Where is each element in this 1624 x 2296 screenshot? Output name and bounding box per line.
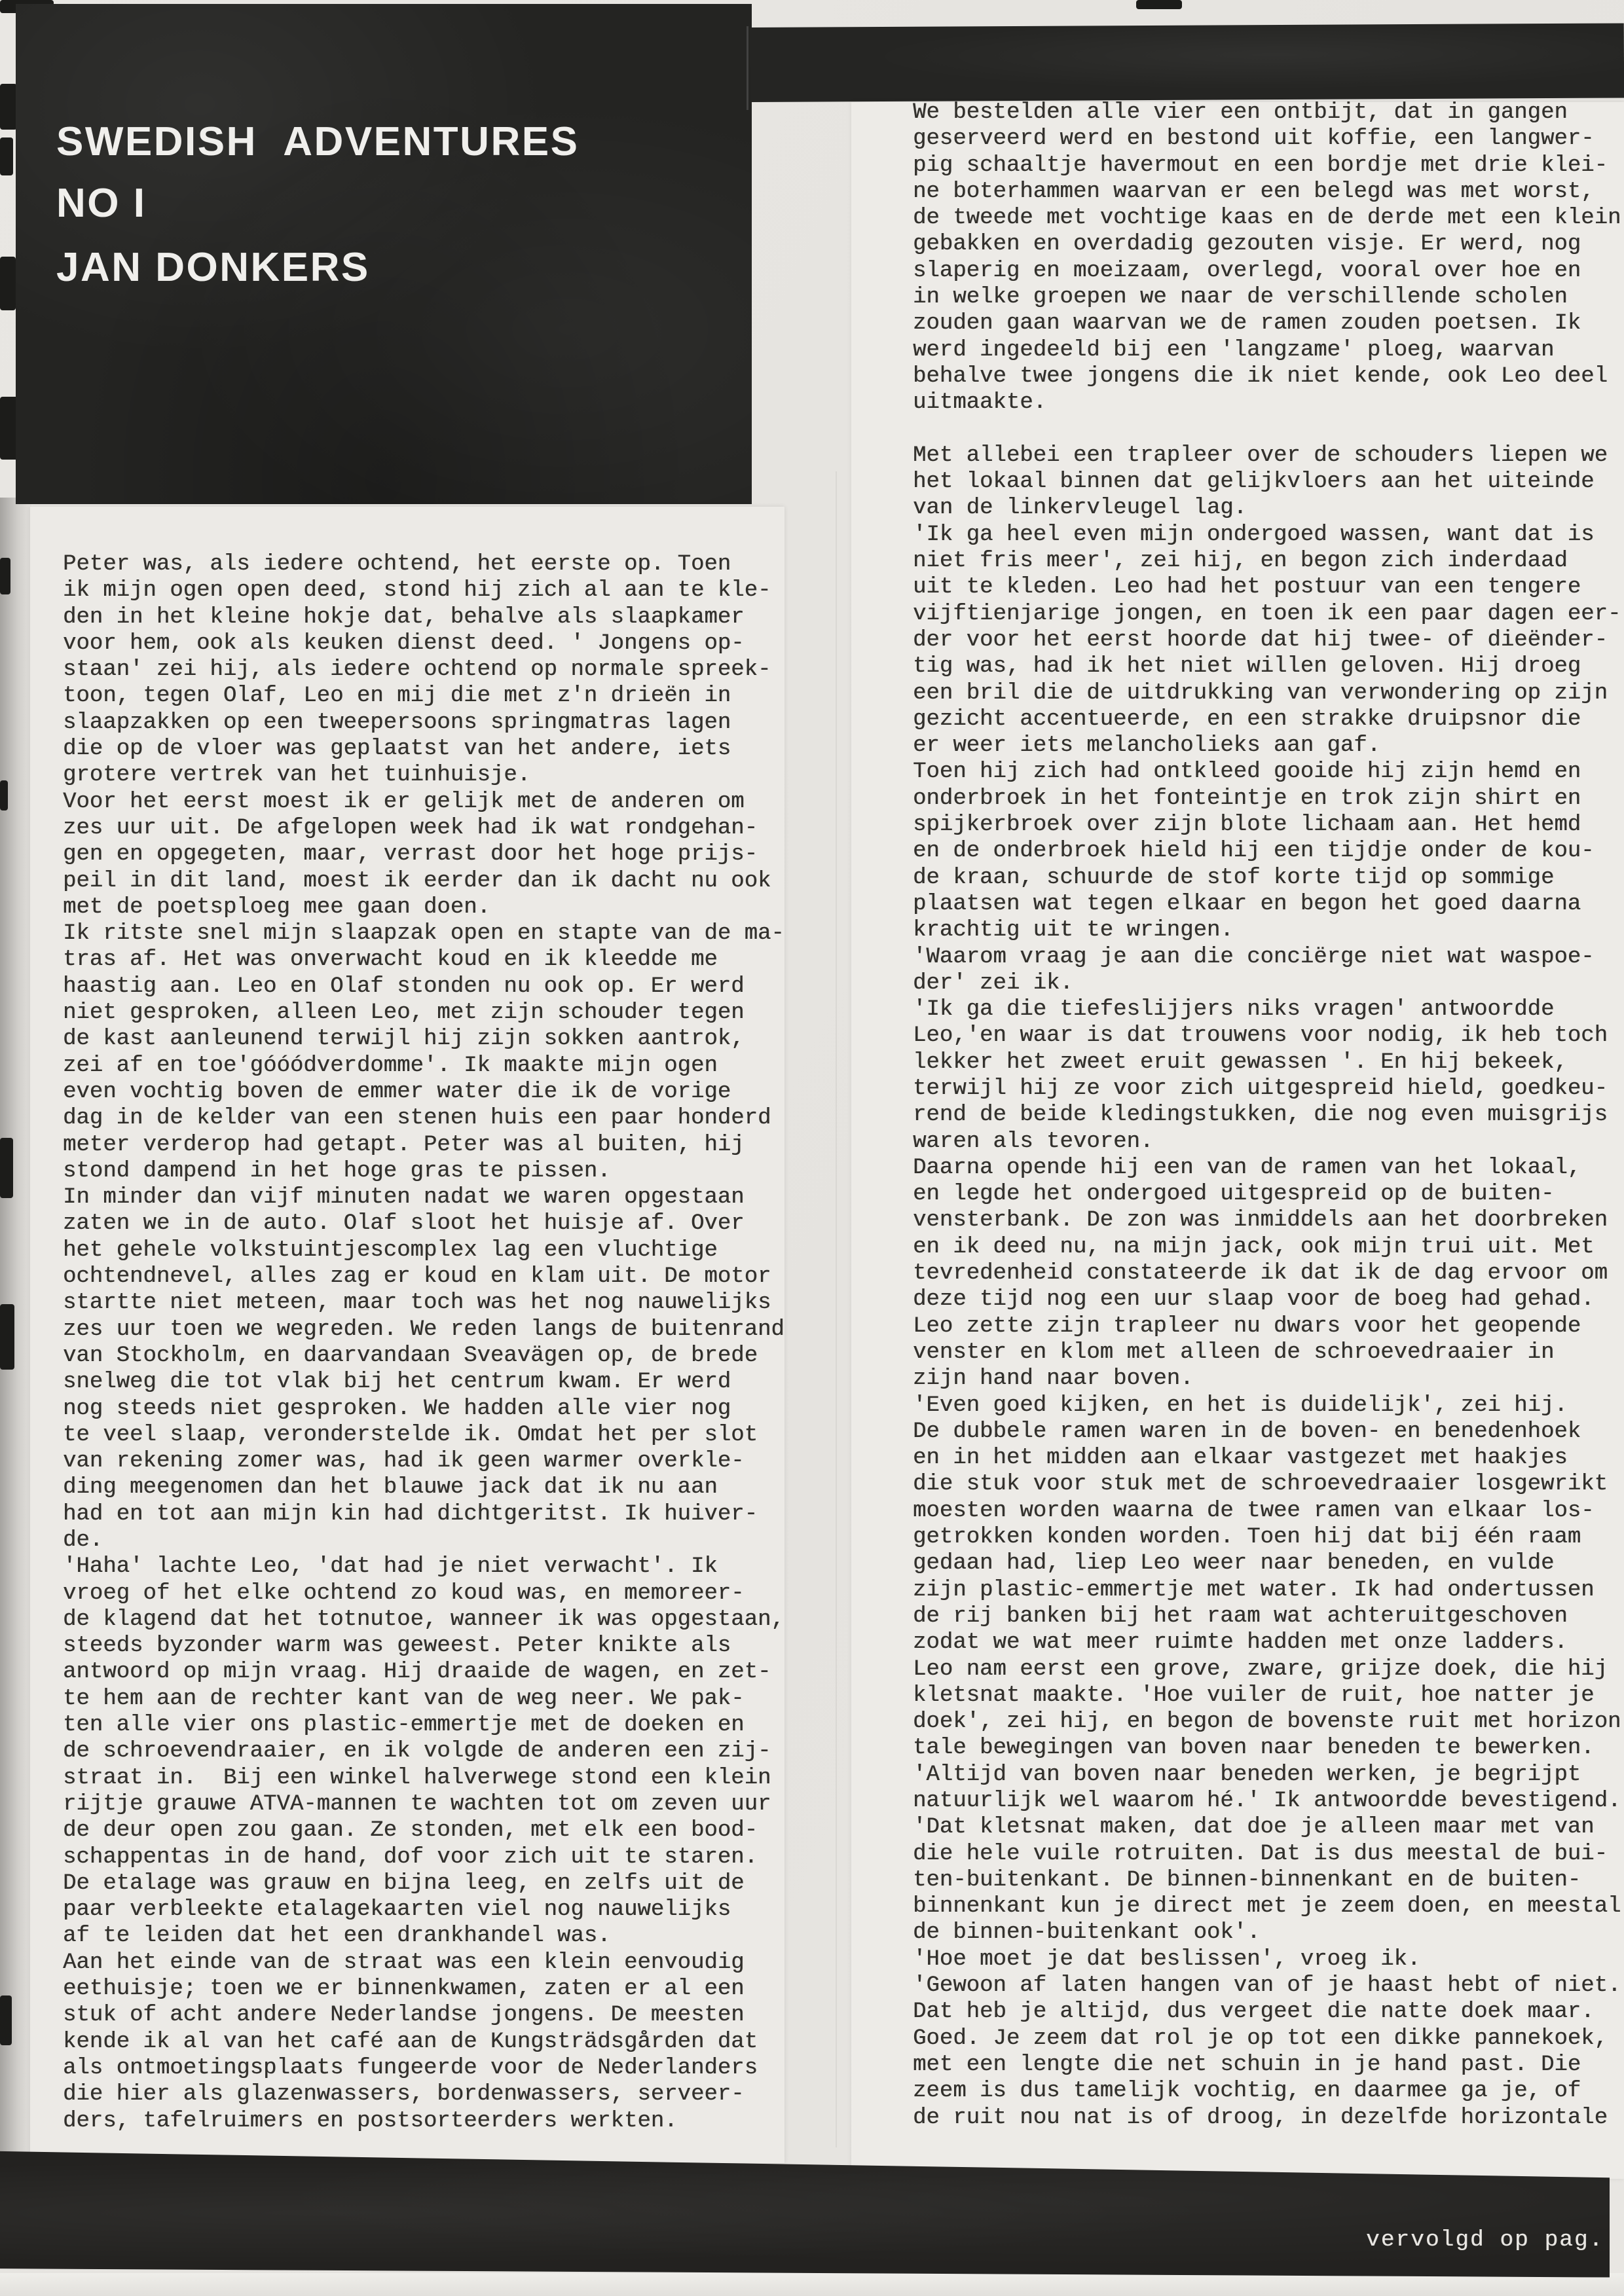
article-title: SWEDISH ADVENTURES <box>56 122 579 162</box>
scan-artifact-mark <box>0 1995 12 2045</box>
scan-artifact-mark <box>0 257 16 310</box>
top-black-strip <box>750 23 1624 102</box>
scan-artifact-mark <box>0 137 13 175</box>
scan-artifact-mark <box>0 84 17 130</box>
left-column-text: Peter was, als iedere ochtend, het eerst… <box>63 551 787 2139</box>
page-bottom-edge <box>0 2273 1624 2296</box>
title-block: SWEDISH ADVENTURES NO I JAN DONKERS <box>16 4 752 504</box>
article-author: JAN DONKERS <box>56 247 370 288</box>
scan-artifact-mark <box>0 1138 13 1198</box>
scanned-magazine-page: SWEDISH ADVENTURES NO I JAN DONKERS Pete… <box>0 0 1624 2296</box>
article-number: NO I <box>56 183 146 224</box>
right-column-text: We bestelden alle vier een ontbijt, dat … <box>913 100 1624 2162</box>
scan-artifact-mark <box>1136 0 1182 9</box>
continued-on-page-note: vervolgd op pag. 1 <box>1366 2227 1610 2253</box>
scan-artifact-mark <box>0 780 8 811</box>
column-gutter-crease <box>836 471 837 2147</box>
scan-artifact-mark <box>0 558 10 594</box>
fold-crease <box>747 26 748 110</box>
scan-artifact-mark <box>0 1304 14 1370</box>
